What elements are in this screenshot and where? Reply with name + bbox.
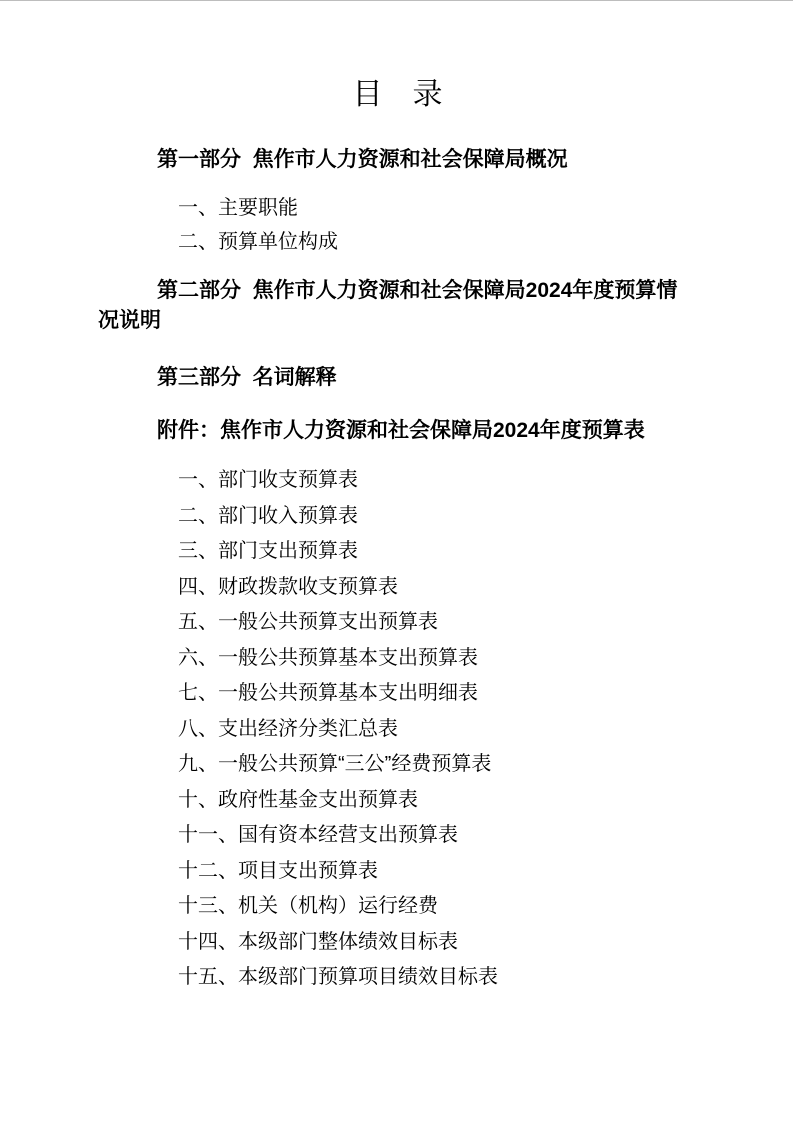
- toc-item: 四、财政拨款收支预算表: [178, 570, 697, 606]
- toc-part3-heading: 第三部分 名词解释: [98, 365, 697, 391]
- toc-item: 八、支出经济分类汇总表: [178, 712, 697, 748]
- toc-item: 二、部门收入预算表: [178, 499, 697, 535]
- toc-appendix-heading: 附件：焦作市人力资源和社会保障局2024年度预算表: [98, 418, 697, 444]
- toc-item: 五、一般公共预算支出预算表: [178, 605, 697, 641]
- toc-part1-heading: 第一部分 焦作市人力资源和社会保障局概况: [98, 147, 697, 173]
- toc-item: 一、部门收支预算表: [178, 463, 697, 499]
- document-page: 目 录 第一部分 焦作市人力资源和社会保障局概况 一、主要职能 二、预算单位构成…: [0, 0, 793, 1122]
- toc-part1-list: 一、主要职能 二、预算单位构成: [98, 191, 697, 259]
- toc-item: 一、主要职能: [178, 191, 697, 225]
- toc-item: 十五、本级部门预算项目绩效目标表: [178, 960, 697, 996]
- toc-item: 十、政府性基金支出预算表: [178, 783, 697, 819]
- toc-item: 十一、国有资本经营支出预算表: [178, 818, 697, 854]
- toc-item: 十四、本级部门整体绩效目标表: [178, 925, 697, 961]
- toc-item: 十三、机关（机构）运行经费: [178, 889, 697, 925]
- toc-appendix-list: 一、部门收支预算表 二、部门收入预算表 三、部门支出预算表 四、财政拨款收支预算…: [98, 463, 697, 996]
- toc-item: 七、一般公共预算基本支出明细表: [178, 676, 697, 712]
- toc-item: 九、一般公共预算“三公”经费预算表: [178, 747, 697, 783]
- toc-item: 十二、项目支出预算表: [178, 854, 697, 890]
- toc-item: 六、一般公共预算基本支出预算表: [178, 641, 697, 677]
- toc-part2-heading: 第二部分 焦作市人力资源和社会保障局2024年度预算情 况说明: [98, 276, 697, 336]
- toc-item: 二、预算单位构成: [178, 225, 697, 259]
- document-content: 目 录 第一部分 焦作市人力资源和社会保障局概况 一、主要职能 二、预算单位构成…: [98, 1, 697, 996]
- toc-item: 三、部门支出预算表: [178, 534, 697, 570]
- page-title: 目 录: [98, 77, 697, 113]
